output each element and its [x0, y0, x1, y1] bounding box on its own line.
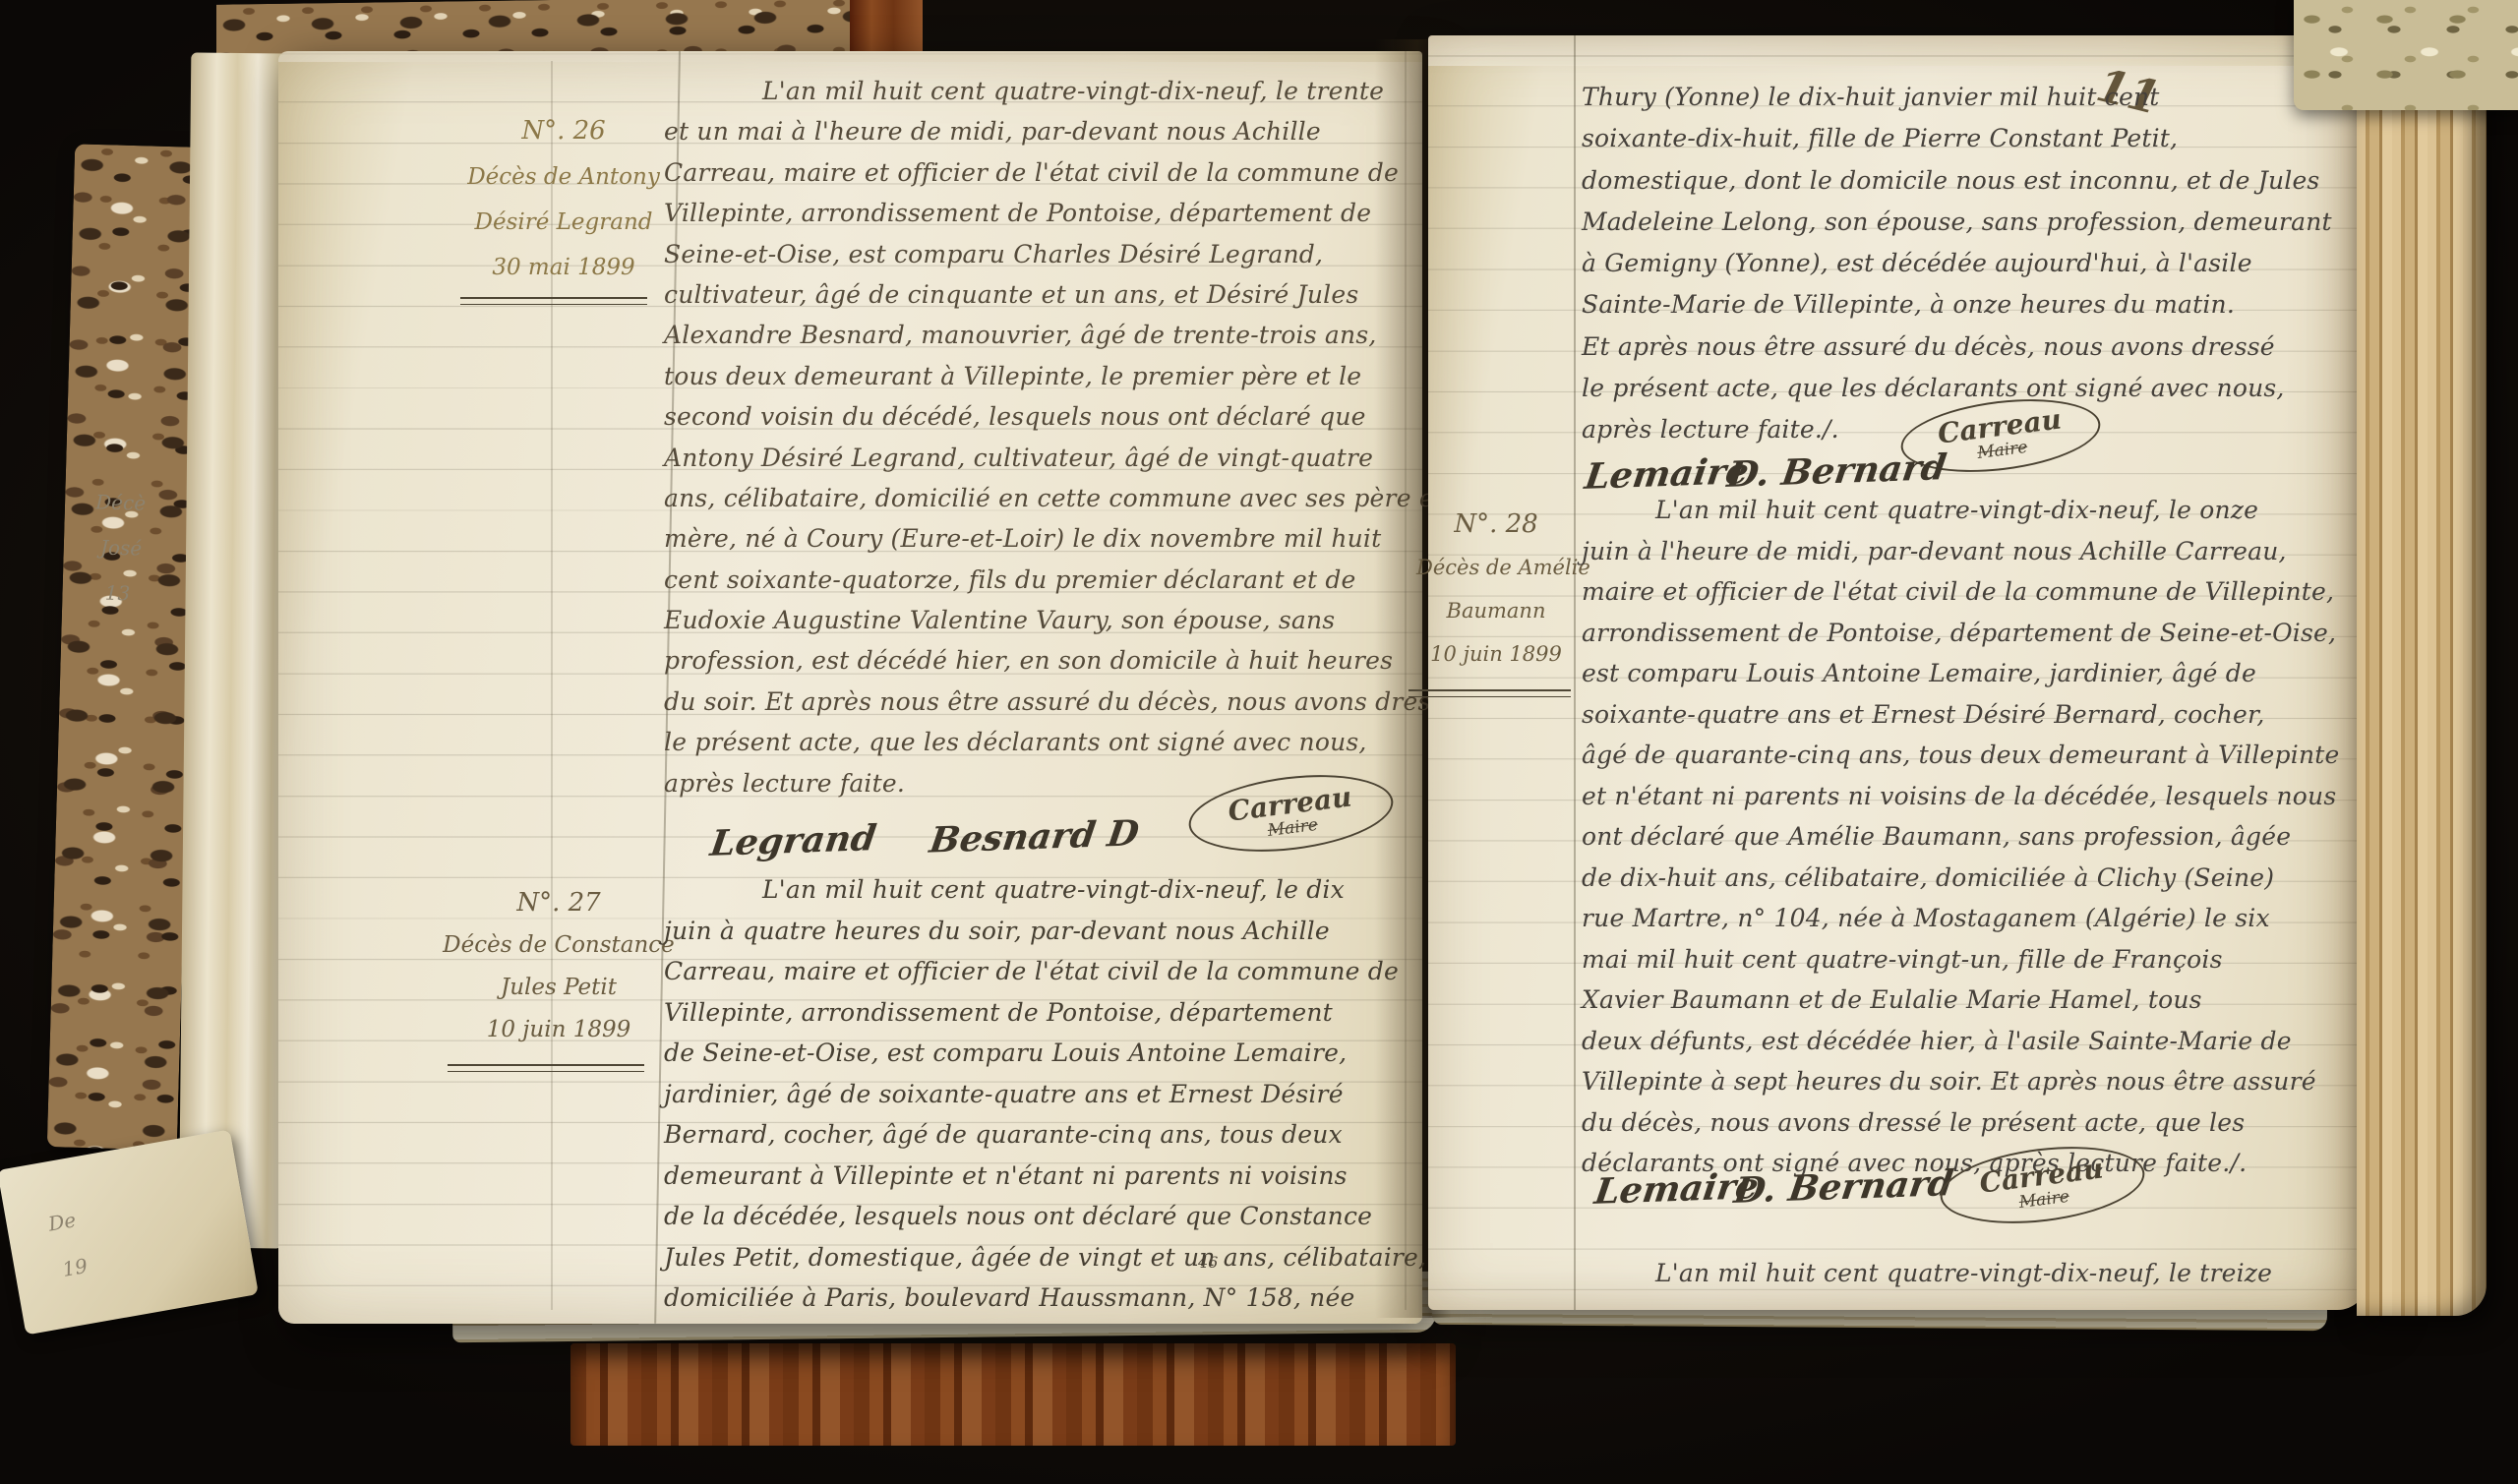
text-line: Seine-et-Oise, est comparu Charles Désir…: [664, 234, 1407, 274]
record-separator: [460, 297, 647, 305]
record-27-body: L'an mil huit cent quatre-vingt-dix-neuf…: [664, 869, 1411, 1319]
record-28-body: L'an mil huit cent quatre-vingt-dix-neuf…: [1582, 490, 2383, 1184]
marginal-number-note: 46: [1198, 1253, 1218, 1272]
text-line: Eudoxie Augustine Valentine Vaury, son é…: [664, 600, 1407, 640]
text-line: domiciliée à Paris, boulevard Haussmann,…: [664, 1277, 1411, 1319]
margin-line: 10 juin 1899: [1416, 632, 1576, 676]
text-line: L'an mil huit cent quatre-vingt-dix-neuf…: [1582, 490, 2383, 531]
text-line: Bernard, cocher, âgé de quarante-cinq an…: [664, 1114, 1411, 1156]
record-28-margin-note: N°. 28 Décès de Amélie Baumann 10 juin 1…: [1416, 503, 1576, 676]
text-line: Villepinte, arrondissement de Pontoise, …: [664, 193, 1407, 233]
text-line: de Seine-et-Oise, est comparu Louis Anto…: [664, 1033, 1411, 1074]
text-line: Villepinte à sept heures du soir. Et apr…: [1582, 1061, 2383, 1102]
text-line: Carreau, maire et officier de l'état civ…: [664, 951, 1411, 992]
text-line: juin à l'heure de midi, par-devant nous …: [1582, 531, 2383, 572]
signature-declarant: Besnard D: [927, 812, 1141, 861]
table-wood-bottom: [570, 1343, 1456, 1446]
text-line: du décès, nous avons dressé le présent a…: [1582, 1102, 2383, 1144]
record-separator: [448, 1064, 644, 1072]
margin-line: Décès de Constance: [441, 924, 677, 967]
text-line: mère, né à Coury (Eure-et-Loir) le dix n…: [664, 518, 1407, 559]
text-line: mai mil huit cent quatre-vingt-un, fille…: [1582, 939, 2383, 980]
edge-fragment: 13: [92, 569, 144, 616]
text-line: de dix-huit ans, célibataire, domiciliée…: [1582, 858, 2383, 899]
text-line: second voisin du décédé, lesquels nous o…: [664, 396, 1407, 437]
next-record-opening: L'an mil huit cent quatre-vingt-dix-neuf…: [1582, 1253, 2368, 1294]
text-line: âgé de quarante-cinq ans, tous deux deme…: [1582, 735, 2383, 776]
text-line: L'an mil huit cent quatre-vingt-dix-neuf…: [664, 71, 1407, 111]
margin-line: 30 mai 1899: [450, 245, 677, 290]
text-line: le présent acte, que les déclarants ont …: [664, 722, 1407, 762]
edge-fragment: Décè: [95, 479, 147, 525]
text-line: profession, est décédé hier, en son domi…: [664, 640, 1407, 681]
record-27-margin-note: N°. 27 Décès de Constance Jules Petit 10…: [441, 882, 677, 1051]
text-line: Thury (Yonne) le dix-huit janvier mil hu…: [1582, 77, 2380, 118]
mayor-signature-title: Maire: [2018, 1188, 2070, 1212]
underlying-page-corner: De 19: [0, 1129, 259, 1335]
text-line: rue Martre, n° 104, née à Mostaganem (Al…: [1582, 898, 2383, 939]
record-number: N°. 26: [450, 108, 677, 154]
text-line: et n'étant ni parents ni voisins de la d…: [1582, 776, 2383, 817]
edge-fragment: 19: [59, 1243, 91, 1292]
text-line: Et après nous être assuré du décès, nous…: [1582, 326, 2380, 368]
text-line: domestique, dont le domicile nous est in…: [1582, 160, 2380, 202]
margin-line: Désiré Legrand: [450, 200, 677, 245]
text-line: deux défunts, est décédée hier, à l'asil…: [1582, 1021, 2383, 1062]
fore-edge-page-stack: [2357, 22, 2487, 1316]
text-line: maire et officier de l'état civil de la …: [1582, 571, 2383, 613]
text-line: cultivateur, âgé de cinquante et un ans,…: [664, 274, 1407, 315]
signature-declarant: D. Bernard: [1731, 1162, 1955, 1212]
text-line: L'an mil huit cent quatre-vingt-dix-neuf…: [1582, 1253, 2368, 1294]
previous-page-edge-text: Décè José 13: [92, 479, 147, 616]
text-line: Villepinte, arrondissement de Pontoise, …: [664, 992, 1411, 1034]
text-line: cent soixante-quatorze, fils du premier …: [664, 560, 1407, 600]
mayor-signature-title: Maire: [1267, 816, 1319, 840]
record-number: N°. 27: [441, 882, 677, 924]
text-line: de la décédée, lesquels nous ont déclaré…: [664, 1196, 1411, 1237]
text-line: ont déclaré que Amélie Baumann, sans pro…: [1582, 816, 2383, 858]
text-line: jardinier, âgé de soixante-quatre ans et…: [664, 1074, 1411, 1115]
record-26-margin-note: N°. 26 Décès de Antony Désiré Legrand 30…: [450, 108, 677, 290]
text-line: et un mai à l'heure de midi, par-devant …: [664, 111, 1407, 151]
edge-fragment: José: [93, 524, 145, 570]
text-line: Antony Désiré Legrand, cultivateur, âgé …: [664, 438, 1407, 478]
text-line: du soir. Et après nous être assuré du dé…: [664, 682, 1407, 722]
table-wood-top-strip: [850, 0, 923, 55]
photographed-death-register: Décè José 13 De 19 N°. 26 Décès de Anton…: [0, 0, 2518, 1484]
text-line: Xavier Baumann et de Eulalie Marie Hamel…: [1582, 979, 2383, 1021]
record-26-body: L'an mil huit cent quatre-vingt-dix-neuf…: [664, 71, 1407, 803]
text-line: L'an mil huit cent quatre-vingt-dix-neuf…: [664, 869, 1411, 911]
page-edges-left: [179, 52, 295, 1248]
text-line: Alexandre Besnard, manouvrier, âgé de tr…: [664, 315, 1407, 355]
text-line: ans, célibataire, domicilié en cette com…: [664, 478, 1407, 518]
text-line: tous deux demeurant à Villepinte, le pre…: [664, 356, 1407, 396]
edge-fragment: De: [44, 1197, 79, 1246]
signature-declarant: Legrand: [708, 817, 879, 864]
marbled-cover-top-right: [2294, 0, 2518, 110]
text-line: Jules Petit, domestique, âgée de vingt e…: [664, 1237, 1411, 1278]
left-page: N°. 26 Décès de Antony Désiré Legrand 30…: [278, 51, 1422, 1324]
record-number: N°. 28: [1416, 503, 1576, 546]
text-line: juin à quatre heures du soir, par-devant…: [664, 911, 1411, 952]
margin-line: Jules Petit: [441, 967, 677, 1009]
text-line: à Gemigny (Yonne), est décédée aujourd'h…: [1582, 243, 2380, 284]
text-line: est comparu Louis Antoine Lemaire, jardi…: [1582, 653, 2383, 694]
margin-line: Décès de Antony: [450, 154, 677, 200]
mayor-signature-title: Maire: [1976, 439, 2028, 462]
text-line: demeurant à Villepinte et n'étant ni par…: [664, 1156, 1411, 1197]
record-27-conclusion-body: Thury (Yonne) le dix-huit janvier mil hu…: [1582, 77, 2380, 451]
signature-declarant: D. Bernard: [1724, 446, 1948, 496]
text-line: soixante-dix-huit, fille de Pierre Const…: [1582, 118, 2380, 159]
text-line: Carreau, maire et officier de l'état civ…: [664, 152, 1407, 193]
text-line: arrondissement de Pontoise, département …: [1582, 613, 2383, 654]
record-separator: [1409, 689, 1571, 697]
margin-line: Baumann: [1416, 589, 1576, 632]
margin-line: Décès de Amélie: [1416, 546, 1576, 589]
text-line: Madeleine Lelong, son épouse, sans profe…: [1582, 202, 2380, 243]
margin-line: 10 juin 1899: [441, 1009, 677, 1051]
text-line: soixante-quatre ans et Ernest Désiré Ber…: [1582, 694, 2383, 736]
text-line: Sainte-Marie de Villepinte, à onze heure…: [1582, 284, 2380, 326]
right-page: 11 Thury (Yonne) le dix-huit janvier mil…: [1428, 35, 2368, 1310]
